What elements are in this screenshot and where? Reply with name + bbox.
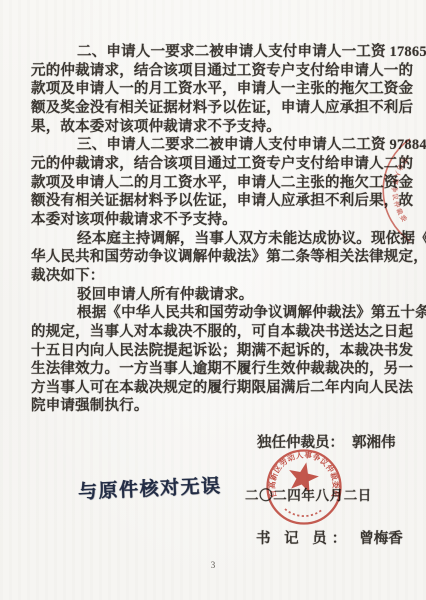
- body-line: 的规定，当事人对本裁决不服的，可自本裁决书送达之日起: [31, 323, 400, 342]
- star-icon: [285, 459, 321, 494]
- body-line: 院申请强制执行。: [31, 397, 400, 416]
- body-line: 果，故本委对该项仲裁请求不予支持。: [31, 118, 400, 137]
- svg-text:劳动人事争议仲裁委: 劳动人事争议仲裁委: [391, 155, 410, 224]
- scanned-arbitration-document-page: 二、申请人一要求二被申请人支付申请人一工资 178654 元的仲裁请求，结合该项…: [0, 0, 426, 600]
- body-line: 元的仲裁请求，结合该项目通过工资专户支付给申请人一的: [31, 62, 400, 81]
- edge-seal-arc-text: 劳动人事争议仲裁委: [391, 155, 410, 224]
- body-line: 经本庭主持调解，当事人双方未能达成协议。现依据《中: [31, 230, 400, 249]
- body-line: 二、申请人一要求二被申请人支付申请人一工资 178654: [31, 43, 400, 62]
- handwritten-verification-note: 与原件核对无误: [77, 471, 222, 504]
- body-line: 方当事人可在本裁决规定的履行期限届满后二年内向人民法: [31, 379, 400, 398]
- clerk-name: 曾梅香: [359, 531, 403, 547]
- body-line: 华人民共和国劳动争议调解仲裁法》第二条等相关法律规定，: [31, 248, 400, 267]
- body-line: 驳回申请人所有仲裁请求。: [31, 286, 400, 305]
- document-body: 二、申请人一要求二被申请人支付申请人一工资 178654 元的仲裁请求，结合该项…: [31, 43, 400, 416]
- page-number: 3: [206, 560, 220, 570]
- body-line: 裁决如下：: [31, 267, 400, 286]
- body-line: 根据《中华人民共和国劳动争议调解仲裁法》第五十条: [31, 304, 400, 323]
- official-round-seal: 台高新区劳动人事争议仲裁委员: [244, 427, 364, 547]
- body-line: 款项及申请人二的月工资水平，申请人二主张的拖欠工资金: [31, 174, 400, 193]
- body-line: 元的仲裁请求，结合该项目通过工资专户支付给申请人二的: [31, 155, 400, 174]
- body-line: 十五日内向人民法院提起诉讼；期满不起诉的，本裁决书发: [31, 342, 400, 361]
- seal-bottom-marks: [285, 509, 323, 516]
- body-line: 生法律效力。一方当事人逾期不履行生效仲裁裁决的，另一: [31, 360, 400, 379]
- body-line: 额及奖金没有相关证据材料予以佐证，申请人应承担不利后: [31, 99, 400, 118]
- edge-paging-seal: 劳动人事争议仲裁委: [374, 136, 426, 248]
- body-line: 款项及申请人一的月工资水平，申请人一主张的拖欠工资金: [31, 80, 400, 99]
- body-line: 三、申请人二要求二被申请人支付申请人二工资 97884: [31, 136, 400, 155]
- body-line: 本委对该项仲裁请求不予支持。: [31, 211, 400, 230]
- body-line: 额没有相关证据材料予以佐证，申请人应承担不利后果，故: [31, 192, 400, 211]
